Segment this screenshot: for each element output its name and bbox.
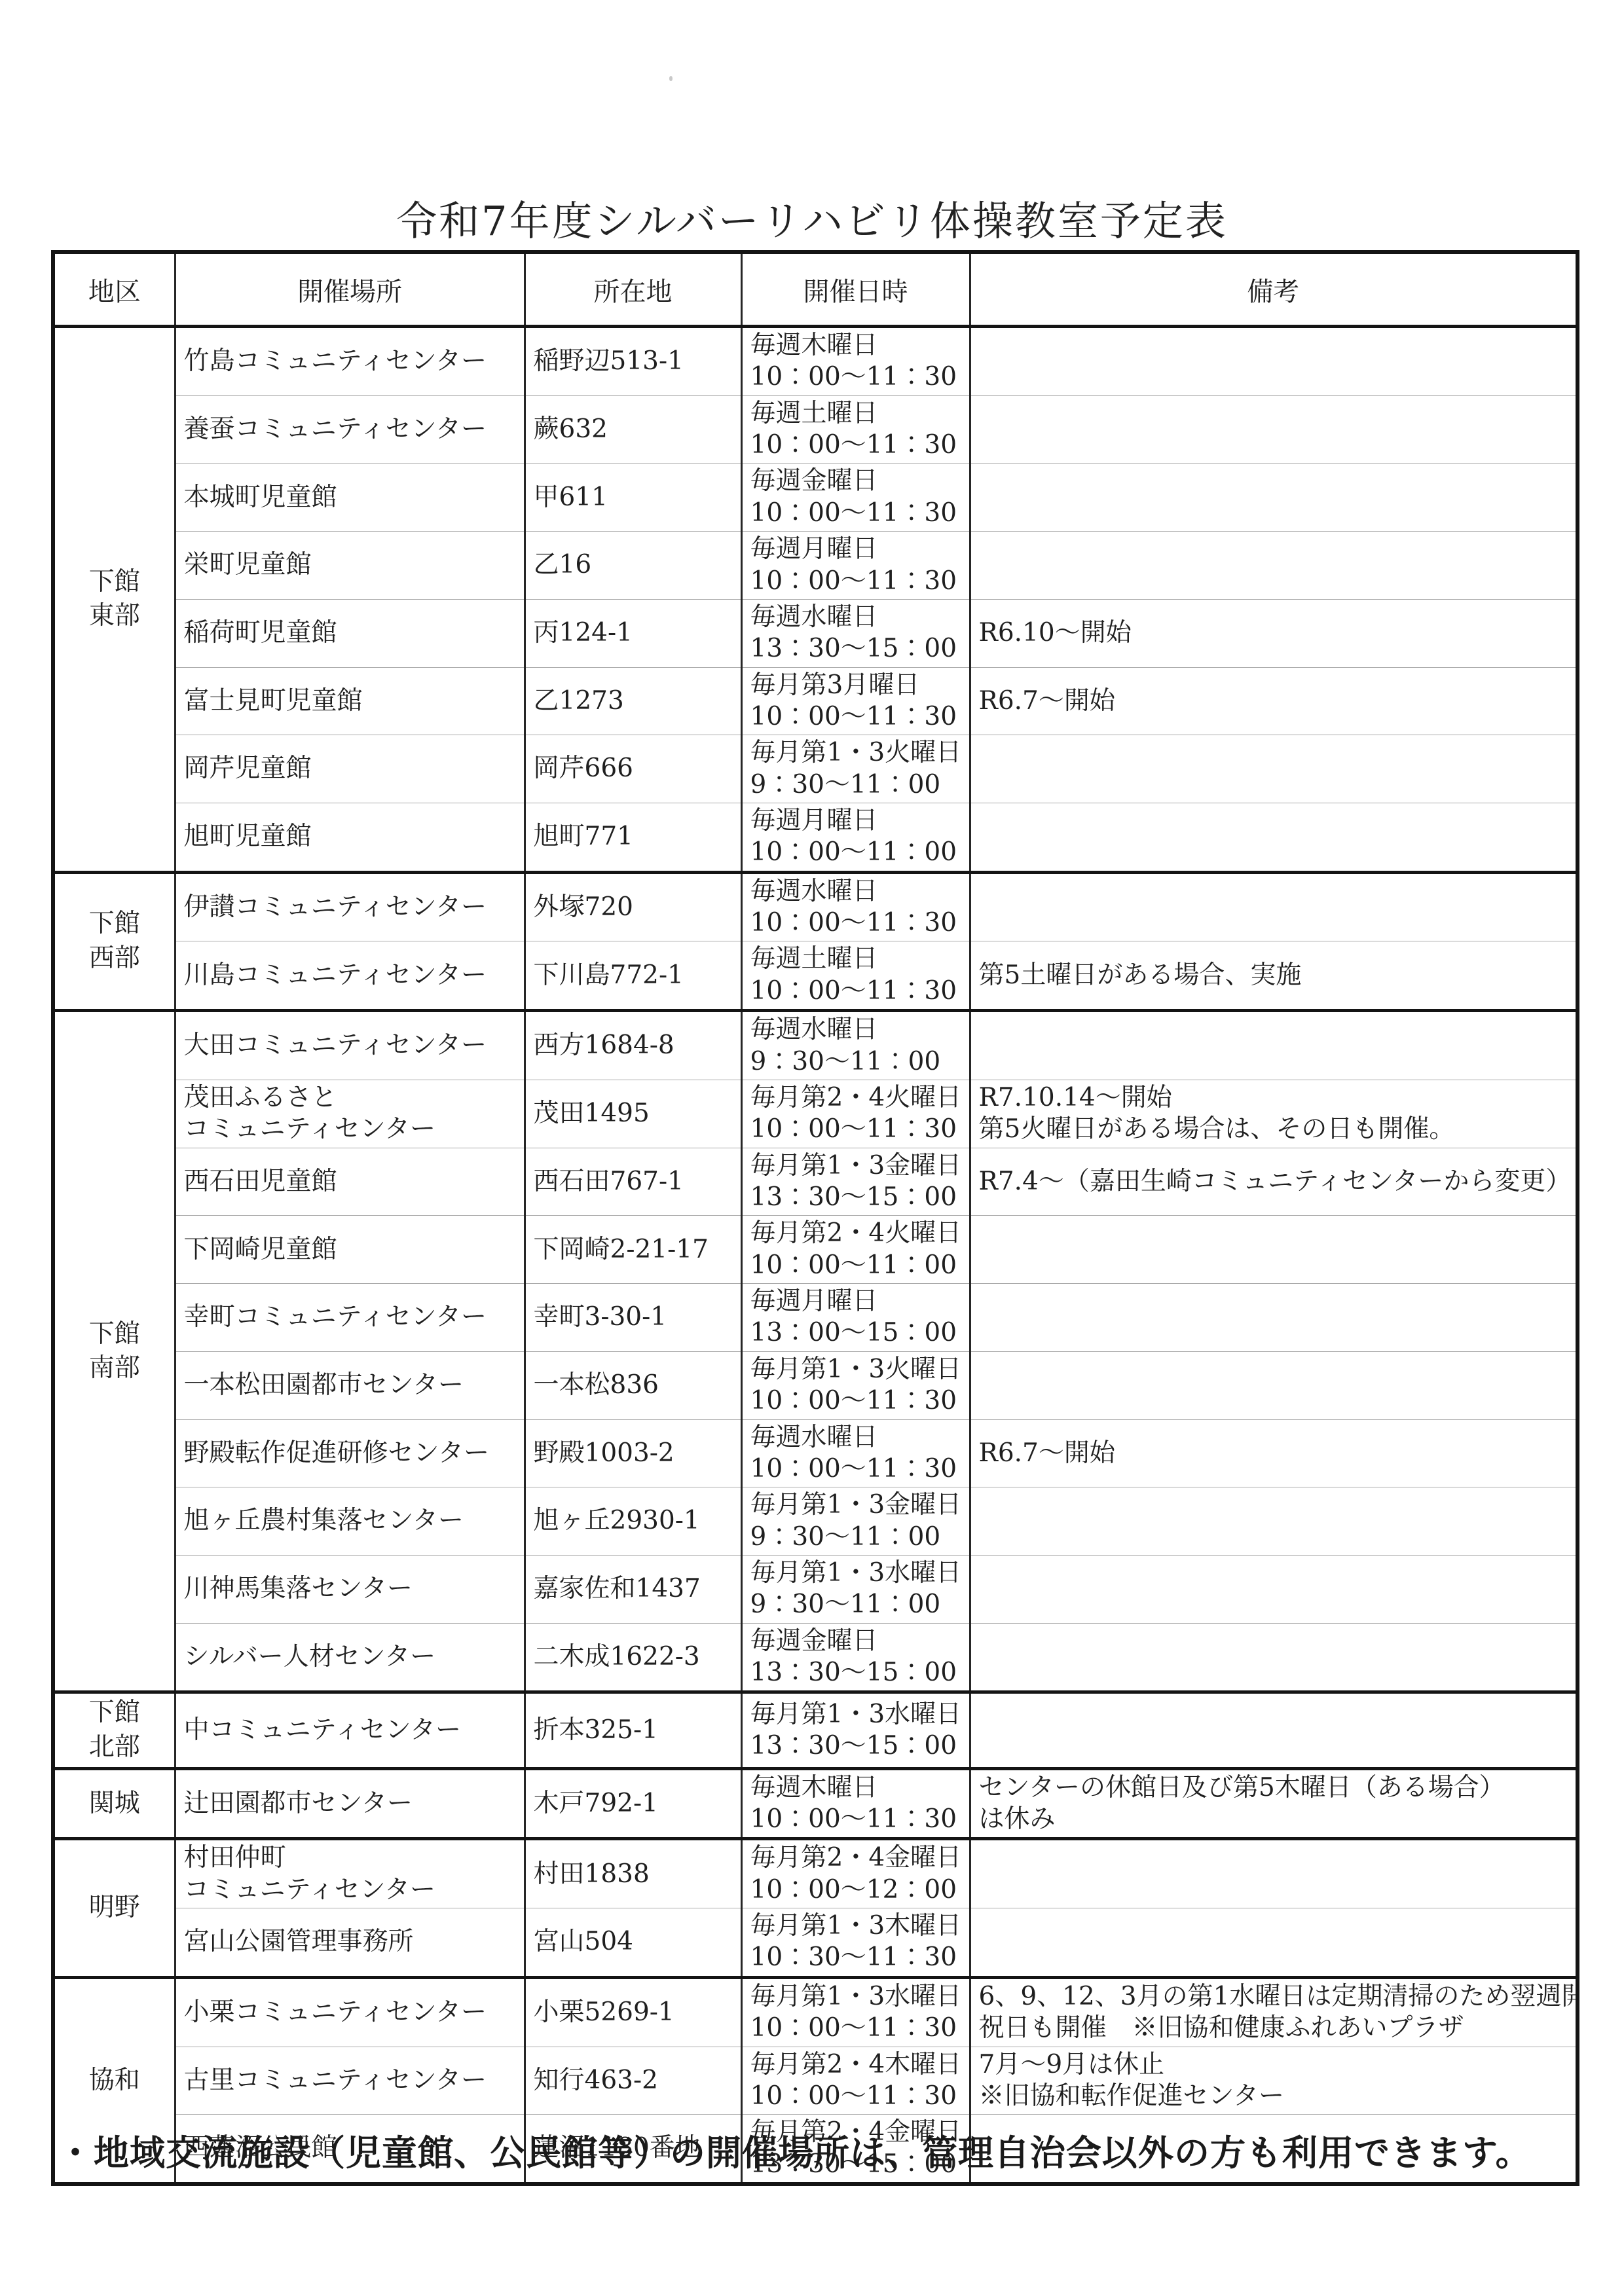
remarks-cell (970, 1692, 1578, 1768)
venue-cell: 旭町児童館 (175, 803, 525, 873)
remarks-cell (970, 327, 1578, 396)
remarks-cell (970, 1487, 1578, 1556)
district-cell: 明野 (53, 1839, 175, 1977)
table-row: 茂田ふるさと コミュニティセンター茂田1495毎月第2・4火曜日 10：00〜1… (53, 1080, 1578, 1148)
schedule-cell: 毎週土曜日 10：00〜11：30 (741, 395, 970, 464)
address-cell: 甲611 (525, 464, 741, 532)
schedule-cell: 毎週月曜日 13：00〜15：00 (741, 1284, 970, 1352)
remarks-cell (970, 1839, 1578, 1908)
table-row: 川島コミュニティセンター下川島772-1毎週土曜日 10：00〜11：30第5土… (53, 941, 1578, 1011)
remarks-cell: R6.10〜開始 (970, 599, 1578, 667)
table-row: 一本松田園都市センター一本松836毎月第1・3火曜日 10：00〜11：30 (53, 1351, 1578, 1419)
header-district: 地区 (53, 252, 175, 327)
remarks-cell: 第5土曜日がある場合、実施 (970, 941, 1578, 1011)
address-cell: 知行463-2 (525, 2047, 741, 2115)
venue-cell: 一本松田園都市センター (175, 1351, 525, 1419)
schedule-cell: 毎週土曜日 10：00〜11：30 (741, 941, 970, 1011)
district-cell: 下館 西部 (53, 872, 175, 1010)
table-row: 稲荷町児童館丙124-1毎週水曜日 13：30〜15：00R6.10〜開始 (53, 599, 1578, 667)
schedule-cell: 毎週水曜日 9：30〜11：00 (741, 1011, 970, 1080)
remarks-cell: R6.7〜開始 (970, 1419, 1578, 1487)
remarks-cell: R7.10.14〜開始 第5火曜日がある場合は、その日も開催。 (970, 1080, 1578, 1148)
remarks-cell: 7月〜9月は休止 ※旧協和転作促進センター (970, 2047, 1578, 2115)
table-row: 富士見町児童館乙1273毎月第3月曜日 10：00〜11：30R6.7〜開始 (53, 667, 1578, 735)
address-cell: 茂田1495 (525, 1080, 741, 1148)
schedule-cell: 毎週月曜日 10：00〜11：00 (741, 803, 970, 873)
schedule-table: 地区 開催場所 所在地 開催日時 備考 下館 東部竹島コミュニティセンター稲野辺… (51, 250, 1579, 2186)
page-title: 令和7年度シルバーリハビリ体操教室予定表 (0, 189, 1624, 247)
remarks-cell (970, 872, 1578, 941)
schedule-cell: 毎月第1・3火曜日 9：30〜11：00 (741, 735, 970, 803)
remarks-cell (970, 1623, 1578, 1692)
venue-cell: 稲荷町児童館 (175, 599, 525, 667)
venue-cell: 川神馬集落センター (175, 1555, 525, 1623)
remarks-cell: R6.7〜開始 (970, 667, 1578, 735)
address-cell: 宮山504 (525, 1908, 741, 1978)
address-cell: 乙1273 (525, 667, 741, 735)
address-cell: 下岡崎2-21-17 (525, 1216, 741, 1284)
schedule-cell: 毎月第2・4木曜日 10：00〜11：30 (741, 2047, 970, 2115)
footer-note: ・地域交流施設（児童館、公民館等）の開催場所は、管理自治会以外の方も利用できます… (58, 2125, 1590, 2176)
address-cell: 野殿1003-2 (525, 1419, 741, 1487)
venue-cell: シルバー人材センター (175, 1623, 525, 1692)
schedule-cell: 毎月第1・3水曜日 9：30〜11：00 (741, 1555, 970, 1623)
table-row: 養蚕コミュニティセンター蕨632毎週土曜日 10：00〜11：30 (53, 395, 1578, 464)
venue-cell: 養蚕コミュニティセンター (175, 395, 525, 464)
district-cell: 下館 南部 (53, 1011, 175, 1692)
venue-cell: 村田仲町 コミュニティセンター (175, 1839, 525, 1908)
schedule-cell: 毎週金曜日 13：30〜15：00 (741, 1623, 970, 1692)
remarks-cell (970, 803, 1578, 873)
table-row: 旭町児童館旭町771毎週月曜日 10：00〜11：00 (53, 803, 1578, 873)
table-row: 栄町児童館乙16毎週月曜日 10：00〜11：30 (53, 532, 1578, 600)
venue-cell: 栄町児童館 (175, 532, 525, 600)
table-row: 明野村田仲町 コミュニティセンター村田1838毎月第2・4金曜日 10：00〜1… (53, 1839, 1578, 1908)
table-row: 岡芹児童館岡芹666毎月第1・3火曜日 9：30〜11：00 (53, 735, 1578, 803)
schedule-cell: 毎月第2・4火曜日 10：00〜11：00 (741, 1216, 970, 1284)
schedule-cell: 毎月第1・3水曜日 13：30〜15：00 (741, 1692, 970, 1768)
schedule-cell: 毎月第1・3水曜日 10：00〜11：30 (741, 1977, 970, 2047)
address-cell: 幸町3-30-1 (525, 1284, 741, 1352)
remarks-cell (970, 1284, 1578, 1352)
schedule-cell: 毎月第1・3火曜日 10：00〜11：30 (741, 1351, 970, 1419)
remarks-cell (970, 1216, 1578, 1284)
table-row: 旭ヶ丘農村集落センター旭ヶ丘2930-1毎月第1・3金曜日 9：30〜11：00 (53, 1487, 1578, 1556)
address-cell: 折本325-1 (525, 1692, 741, 1768)
schedule-cell: 毎月第2・4火曜日 10：00〜11：30 (741, 1080, 970, 1148)
table-row: 川神馬集落センター嘉家佐和1437毎月第1・3水曜日 9：30〜11：00 (53, 1555, 1578, 1623)
venue-cell: 幸町コミュニティセンター (175, 1284, 525, 1352)
schedule-cell: 毎週月曜日 10：00〜11：30 (741, 532, 970, 600)
address-cell: 乙16 (525, 532, 741, 600)
address-cell: 下川島772-1 (525, 941, 741, 1011)
venue-cell: 野殿転作促進研修センター (175, 1419, 525, 1487)
header-address: 所在地 (525, 252, 741, 327)
district-cell: 関城 (53, 1768, 175, 1839)
schedule-cell: 毎月第1・3金曜日 13：30〜15：00 (741, 1148, 970, 1216)
scanned-document-page: 令和7年度シルバーリハビリ体操教室予定表 地区 開催場所 所在地 開催日時 備考… (0, 0, 1624, 2296)
address-cell: 稲野辺513-1 (525, 327, 741, 396)
address-cell: 丙124-1 (525, 599, 741, 667)
address-cell: 旭ヶ丘2930-1 (525, 1487, 741, 1556)
scan-speck (669, 76, 673, 81)
address-cell: 村田1838 (525, 1839, 741, 1908)
schedule-cell: 毎週水曜日 13：30〜15：00 (741, 599, 970, 667)
venue-cell: 富士見町児童館 (175, 667, 525, 735)
venue-cell: 岡芹児童館 (175, 735, 525, 803)
table-row: 宮山公園管理事務所宮山504毎月第1・3木曜日 10：30〜11：30 (53, 1908, 1578, 1978)
header-venue: 開催場所 (175, 252, 525, 327)
schedule-cell: 毎週水曜日 10：00〜11：30 (741, 872, 970, 941)
table-row: 本城町児童館甲611毎週金曜日 10：00〜11：30 (53, 464, 1578, 532)
header-schedule: 開催日時 (741, 252, 970, 327)
schedule-table-body: 下館 東部竹島コミュニティセンター稲野辺513-1毎週木曜日 10：00〜11：… (53, 327, 1578, 2184)
header-remarks: 備考 (970, 252, 1578, 327)
address-cell: 西石田767-1 (525, 1148, 741, 1216)
address-cell: 二木成1622-3 (525, 1623, 741, 1692)
venue-cell: 下岡崎児童館 (175, 1216, 525, 1284)
schedule-cell: 毎月第2・4金曜日 10：00〜12：00 (741, 1839, 970, 1908)
table-row: 下館 南部大田コミュニティセンター西方1684-8毎週水曜日 9：30〜11：0… (53, 1011, 1578, 1080)
address-cell: 西方1684-8 (525, 1011, 741, 1080)
address-cell: 外塚720 (525, 872, 741, 941)
remarks-cell (970, 464, 1578, 532)
address-cell: 岡芹666 (525, 735, 741, 803)
venue-cell: 本城町児童館 (175, 464, 525, 532)
district-cell: 下館 東部 (53, 327, 175, 873)
schedule-cell: 毎週木曜日 10：00〜11：30 (741, 1768, 970, 1839)
venue-cell: 中コミュニティセンター (175, 1692, 525, 1768)
venue-cell: 宮山公園管理事務所 (175, 1908, 525, 1978)
table-row: 野殿転作促進研修センター野殿1003-2毎週水曜日 10：00〜11：30R6.… (53, 1419, 1578, 1487)
address-cell: 木戸792-1 (525, 1768, 741, 1839)
table-row: 下岡崎児童館下岡崎2-21-17毎月第2・4火曜日 10：00〜11：00 (53, 1216, 1578, 1284)
schedule-cell: 毎週金曜日 10：00〜11：30 (741, 464, 970, 532)
remarks-cell: センターの休館日及び第5木曜日（ある場合） は休み (970, 1768, 1578, 1839)
venue-cell: 辻田園都市センター (175, 1768, 525, 1839)
table-row: 下館 北部中コミュニティセンター折本325-1毎月第1・3水曜日 13：30〜1… (53, 1692, 1578, 1768)
table-header-row: 地区 開催場所 所在地 開催日時 備考 (53, 252, 1578, 327)
remarks-cell (970, 1908, 1578, 1978)
venue-cell: 旭ヶ丘農村集落センター (175, 1487, 525, 1556)
remarks-cell: R7.4〜（嘉田生崎コミュニティセンターから変更） (970, 1148, 1578, 1216)
address-cell: 小栗5269-1 (525, 1977, 741, 2047)
schedule-cell: 毎月第1・3木曜日 10：30〜11：30 (741, 1908, 970, 1978)
table-row: 幸町コミュニティセンター幸町3-30-1毎週月曜日 13：00〜15：00 (53, 1284, 1578, 1352)
venue-cell: 西石田児童館 (175, 1148, 525, 1216)
remarks-cell (970, 1351, 1578, 1419)
venue-cell: 小栗コミュニティセンター (175, 1977, 525, 2047)
remarks-cell (970, 1011, 1578, 1080)
remarks-cell (970, 532, 1578, 600)
table-row: 西石田児童館西石田767-1毎月第1・3金曜日 13：30〜15：00R7.4〜… (53, 1148, 1578, 1216)
table-row: 古里コミュニティセンター知行463-2毎月第2・4木曜日 10：00〜11：30… (53, 2047, 1578, 2115)
venue-cell: 竹島コミュニティセンター (175, 327, 525, 396)
table-row: 協和小栗コミュニティセンター小栗5269-1毎月第1・3水曜日 10：00〜11… (53, 1977, 1578, 2047)
remarks-cell (970, 1555, 1578, 1623)
table-row: 下館 西部伊讃コミュニティセンター外塚720毎週水曜日 10：00〜11：30 (53, 872, 1578, 941)
schedule-cell: 毎週水曜日 10：00〜11：30 (741, 1419, 970, 1487)
remarks-cell (970, 395, 1578, 464)
remarks-cell (970, 735, 1578, 803)
schedule-cell: 毎月第3月曜日 10：00〜11：30 (741, 667, 970, 735)
address-cell: 一本松836 (525, 1351, 741, 1419)
venue-cell: 川島コミュニティセンター (175, 941, 525, 1011)
table-row: 下館 東部竹島コミュニティセンター稲野辺513-1毎週木曜日 10：00〜11：… (53, 327, 1578, 396)
venue-cell: 茂田ふるさと コミュニティセンター (175, 1080, 525, 1148)
address-cell: 蕨632 (525, 395, 741, 464)
address-cell: 旭町771 (525, 803, 741, 873)
venue-cell: 古里コミュニティセンター (175, 2047, 525, 2115)
schedule-cell: 毎月第1・3金曜日 9：30〜11：00 (741, 1487, 970, 1556)
remarks-cell: 6、9、12、3月の第1水曜日は定期清掃のため翌週開催 祝日も開催 ※旧協和健康… (970, 1977, 1578, 2047)
venue-cell: 大田コミュニティセンター (175, 1011, 525, 1080)
table-row: シルバー人材センター二木成1622-3毎週金曜日 13：30〜15：00 (53, 1623, 1578, 1692)
table-row: 関城辻田園都市センター木戸792-1毎週木曜日 10：00〜11：30センターの… (53, 1768, 1578, 1839)
venue-cell: 伊讃コミュニティセンター (175, 872, 525, 941)
district-cell: 下館 北部 (53, 1692, 175, 1768)
schedule-cell: 毎週木曜日 10：00〜11：30 (741, 327, 970, 396)
address-cell: 嘉家佐和1437 (525, 1555, 741, 1623)
